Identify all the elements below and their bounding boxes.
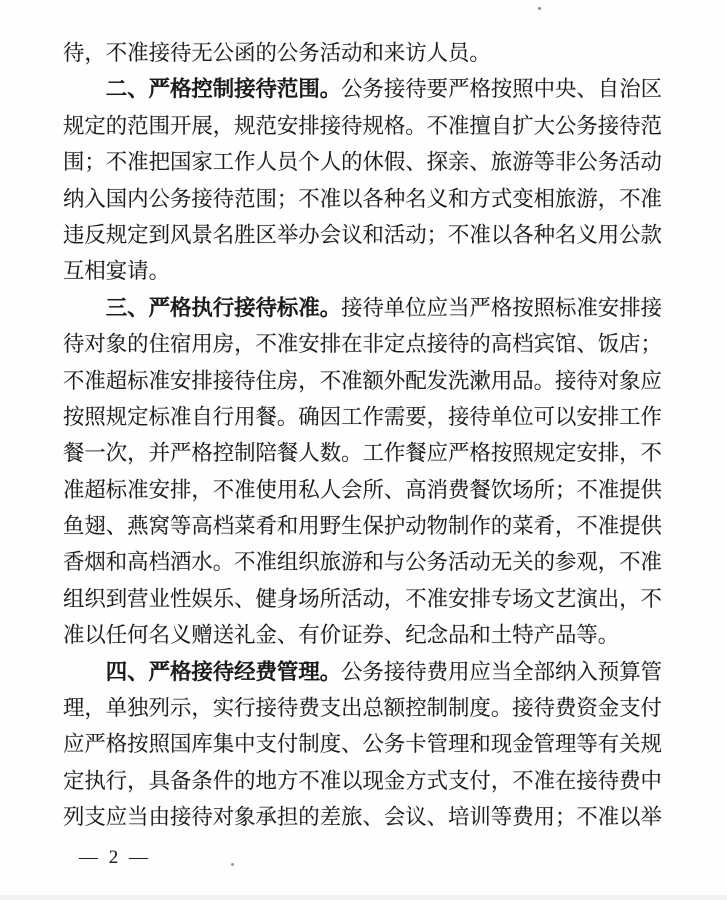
text-line-content: 规定的范围开展，规范安排接待规格。不准擅自扩大公务接待范	[63, 114, 662, 138]
text-line-content: 准以任何名义赠送礼金、有价证券、纪念品和土特产品等。	[63, 623, 619, 647]
section-4-heading-line: 四、严格接待经费管理。公务接待费用应当全部纳入预算管	[63, 654, 664, 690]
text-line-content: 接待单位应当严格按照标准安排接	[341, 296, 662, 320]
text-line-content: 纳入国内公务接待范围；不准以各种名义和方式变相旅游，不准	[63, 187, 662, 211]
text-line-content: 违反规定到风景名胜区举办会议和活动；不准以各种名义用公款	[63, 223, 662, 247]
text-line-content: 准超标准安排，不准使用私人会所、高消费餐饮场所；不准提供	[63, 478, 662, 502]
text-line: 准超标准安排，不准使用私人会所、高消费餐饮场所；不准提供	[63, 472, 664, 508]
scan-speck	[538, 7, 541, 10]
page-number: — 2 —	[79, 847, 151, 869]
document-body: 待，不准接待无公函的公务活动和来访人员。 二、严格控制接待范围。公务接待要严格按…	[63, 35, 664, 836]
text-line-content: 香烟和高档酒水。不准组织旅游和与公务活动无关的参观，不准	[63, 550, 662, 574]
text-line: 围；不准把国家工作人员个人的休假、探亲、旅游等非公务活动	[63, 144, 664, 180]
text-line: 按照规定标准自行用餐。确因工作需要，接待单位可以安排工作	[63, 399, 664, 435]
text-line-content: 组织到营业性娱乐、健身场所活动，不准安排专场文艺演出，不	[63, 587, 662, 611]
text-line: 理，单独列示，实行接待费支出总额控制制度。接待费资金支付	[63, 690, 664, 726]
text-line-content: 定执行，具备条件的地方不准以现金方式支付，不准在接待费中	[63, 769, 662, 793]
text-line: 待，不准接待无公函的公务活动和来访人员。	[63, 35, 664, 71]
text-line-content: 待对象的住宿用房，不准安排在非定点接待的高档宾馆、饭店；	[63, 332, 662, 356]
text-line-content: 互相宴请。	[63, 259, 170, 283]
section-3-heading: 三、严格执行接待标准。	[106, 296, 341, 320]
text-line: 不准超标准安排接待住房，不准额外配发洗漱用品。接待对象应	[63, 363, 664, 399]
text-line-content: 公务接待费用应当全部纳入预算管	[341, 660, 662, 684]
text-line: 规定的范围开展，规范安排接待规格。不准擅自扩大公务接待范	[63, 108, 664, 144]
section-3-heading-line: 三、严格执行接待标准。接待单位应当严格按照标准安排接	[63, 290, 664, 326]
section-4-heading: 四、严格接待经费管理。	[106, 660, 341, 684]
text-line-content: 餐一次，并严格控制陪餐人数。工作餐应严格按照规定安排，不	[63, 441, 662, 465]
text-line-content: 围；不准把国家工作人员个人的休假、探亲、旅游等非公务活动	[63, 150, 662, 174]
text-line: 应严格按照国库集中支付制度、公务卡管理和现金管理等有关规	[63, 726, 664, 762]
text-line-content: 鱼翅、燕窝等高档菜肴和用野生保护动物制作的菜肴，不准提供	[63, 514, 662, 538]
scan-speck	[231, 863, 234, 866]
text-line-content: 应严格按照国库集中支付制度、公务卡管理和现金管理等有关规	[63, 732, 662, 756]
text-line: 互相宴请。	[63, 253, 664, 289]
text-line: 餐一次，并严格控制陪餐人数。工作餐应严格按照规定安排，不	[63, 435, 664, 471]
text-line-content: 列支应当由接待对象承担的差旅、会议、培训等费用；不准以举	[63, 805, 662, 829]
text-line: 列支应当由接待对象承担的差旅、会议、培训等费用；不准以举	[63, 799, 664, 835]
text-line: 鱼翅、燕窝等高档菜肴和用野生保护动物制作的菜肴，不准提供	[63, 508, 664, 544]
text-line-content: 按照规定标准自行用餐。确因工作需要，接待单位可以安排工作	[63, 405, 662, 429]
text-line: 准以任何名义赠送礼金、有价证券、纪念品和土特产品等。	[63, 617, 664, 653]
text-line: 香烟和高档酒水。不准组织旅游和与公务活动无关的参观，不准	[63, 544, 664, 580]
text-line: 待对象的住宿用房，不准安排在非定点接待的高档宾馆、饭店；	[63, 326, 664, 362]
text-line: 纳入国内公务接待范围；不准以各种名义和方式变相旅游，不准	[63, 181, 664, 217]
section-2-heading: 二、严格控制接待范围。	[106, 77, 341, 101]
text-line: 定执行，具备条件的地方不准以现金方式支付，不准在接待费中	[63, 763, 664, 799]
document-page: 待，不准接待无公函的公务活动和来访人员。 二、严格控制接待范围。公务接待要严格按…	[0, 0, 727, 900]
text-line: 组织到营业性娱乐、健身场所活动，不准安排专场文艺演出，不	[63, 581, 664, 617]
text-line-content: 公务接待要严格按照中央、自治区	[341, 77, 662, 101]
text-line-content: 理，单独列示，实行接待费支出总额控制制度。接待费资金支付	[63, 696, 662, 720]
text-line-content: 待，不准接待无公函的公务活动和来访人员。	[63, 41, 491, 65]
text-line-content: 不准超标准安排接待住房，不准额外配发洗漱用品。接待对象应	[63, 369, 662, 393]
section-2-heading-line: 二、严格控制接待范围。公务接待要严格按照中央、自治区	[63, 71, 664, 107]
text-line: 违反规定到风景名胜区举办会议和活动；不准以各种名义用公款	[63, 217, 664, 253]
scan-edge-shadow	[0, 895, 727, 900]
